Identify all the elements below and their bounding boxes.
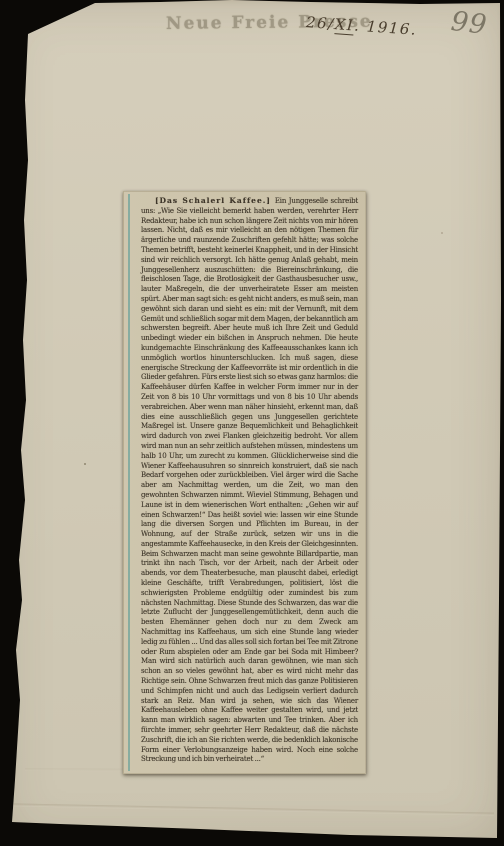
paper-speck	[84, 463, 86, 465]
column-rule-line	[128, 194, 130, 771]
paper-speck	[441, 232, 443, 234]
handwritten-page-number: 99	[449, 6, 489, 41]
scan-background: { "document": { "stamp": "Neue Freie Pre…	[0, 0, 504, 846]
newspaper-clipping: [Das Schalerl Kaffee.]Ein Junggeselle sc…	[123, 191, 366, 774]
clipping-title: [Das Schalerl Kaffee.]	[155, 196, 271, 205]
clipping-body: Ein Junggeselle schreibt uns: „Wie Sie v…	[141, 197, 358, 763]
date-day: 26/	[306, 13, 336, 33]
date-roman-month: XI	[334, 15, 355, 35]
newspaper-name-stamp: Neue Freie Presse	[166, 12, 326, 34]
clipping-text: [Das Schalerl Kaffee.]Ein Junggeselle sc…	[141, 196, 358, 765]
paper-crease	[12, 803, 494, 815]
